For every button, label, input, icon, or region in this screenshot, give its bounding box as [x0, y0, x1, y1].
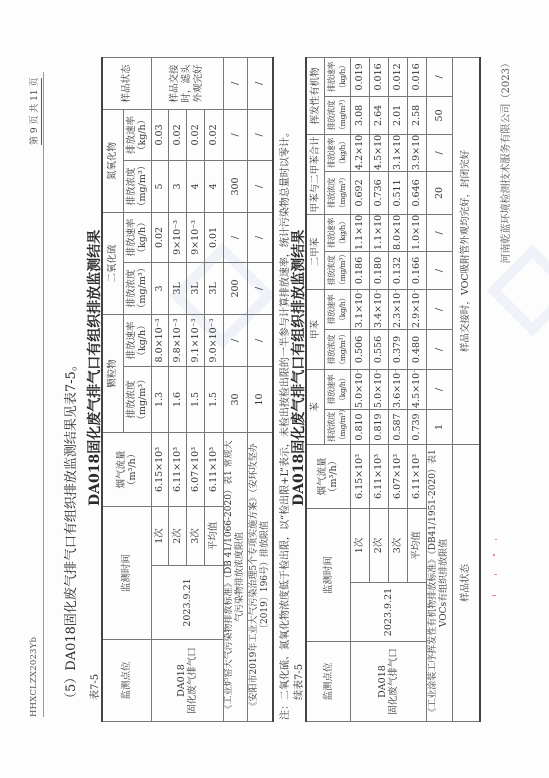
rate-header-line: 排放速率	[326, 370, 337, 409]
table2-header-row: 监测点位 监测时间 烟气流量 （m³/h） 苯 甲苯 二甲苯 甲苯与二甲苯合计 …	[306, 57, 324, 721]
flow-value: 6.15×10³	[350, 444, 369, 508]
measurement-value: 0.180	[369, 251, 388, 289]
rate-header-line: 排放速率	[126, 111, 137, 159]
standard-limit-value: 50	[426, 96, 452, 134]
measurement-value: 0.132	[388, 251, 407, 289]
pollutant-group-header: 挥发性有机物	[306, 57, 324, 134]
measurement-value: 0.819	[369, 409, 388, 444]
standard-label: 《安阳市2019年工业大气污染治理5个专项实施方案》（安环攻坚办〔2019〕19…	[247, 432, 273, 721]
rate-header-line: 排放速率	[326, 215, 337, 251]
rate-header: 排放速率（kg/h）	[324, 289, 350, 329]
measurement-value: 3	[168, 160, 186, 212]
measurement-value: 4.5×10⁻³	[369, 134, 388, 171]
report-page: HHXCLZX2023Yb 第 9 页 共 11 页 （5）DA018固化废气排…	[0, 0, 549, 778]
measurement-value: 2.3×10⁻³	[388, 289, 407, 329]
standard-limit-value: 30	[223, 366, 247, 432]
standard-status: /	[223, 57, 247, 109]
section-heading: （5）DA018固化废气排气口有组织排放监测结果见表7-5。	[60, 358, 79, 705]
monitoring-location-line: DA018	[176, 641, 187, 720]
watermark-logo	[487, 245, 549, 337]
monitoring-date: 2023.9.21	[350, 583, 426, 642]
concentration-header-line: 排放浓度	[326, 410, 337, 444]
measurement-value: 8.0×10⁻⁴	[388, 214, 407, 251]
rate-header-line: （kg/h）	[337, 370, 348, 409]
concentration-header: 排放浓度（mg/m³）	[123, 262, 151, 314]
monitoring-date: 2023.9.21	[151, 566, 223, 640]
rate-header-line: 排放速率	[126, 316, 137, 365]
measurement-value: 0.012	[388, 57, 407, 96]
concentration-header-line: （mg/m³）	[337, 410, 348, 444]
table1-header-row: 监测点位 监测时间 烟气流量 （m³/h） 颗粒物 二氧化硫 氮氧化物 样品状态	[102, 57, 123, 721]
measurement-value: 4.5×10⁻³	[407, 369, 426, 409]
concentration-header: 排放浓度（mg/m³）	[324, 96, 350, 134]
standard-limit-value: /	[247, 262, 273, 314]
sample-status-header: 样品状态	[102, 57, 151, 109]
measurement-value: 8.0×10⁻³	[151, 314, 168, 366]
measurement-value: 3.6×10⁻³	[388, 369, 407, 409]
measurement-value: 9.1×10⁻³	[186, 314, 204, 366]
measurement-value: 5.0×10⁻³	[350, 369, 369, 409]
run-label: 1次	[350, 508, 369, 582]
measurement-value: 0.736	[369, 171, 388, 214]
concentration-header-line: （mg/m³）	[137, 264, 148, 313]
measurement-value: 1.6	[168, 366, 186, 432]
measurement-value: 0.019	[350, 57, 369, 96]
measurement-value: 1.5	[204, 366, 223, 432]
concentration-header-line: 排放浓度	[126, 368, 137, 431]
rate-header-line: （kg/h）	[137, 111, 148, 159]
standard-limit-value: /	[223, 212, 247, 262]
flow-header-label: 烟气流量	[116, 434, 127, 505]
measurement-value: 0.03	[151, 109, 168, 160]
measurement-value: 0.646	[407, 171, 426, 214]
measurement-value: 1.1×10⁻³	[369, 214, 388, 251]
standard-limit-value: /	[223, 314, 247, 366]
standard-limit-value: /	[426, 289, 452, 329]
measurement-value: 0.587	[388, 409, 407, 444]
concentration-header-line: （mg/m³）	[337, 172, 348, 214]
flow-header: 烟气流量 （m³/h）	[102, 432, 151, 506]
measurement-value: 3	[151, 262, 168, 314]
measurement-value: 3.1×10⁻³	[350, 289, 369, 329]
rate-header-line: （kg/h）	[337, 215, 348, 251]
measurement-value: 4	[204, 160, 223, 212]
table2-body: DA018固化废气排气口2023.9.211次6.15×10³0.8105.0×…	[350, 57, 480, 721]
concentration-header-line: 排放浓度	[326, 330, 337, 369]
measurement-value: 0.556	[369, 329, 388, 369]
measurement-value: 0.506	[350, 329, 369, 369]
standard-limit-value: 200	[223, 262, 247, 314]
sample-status-value: 样品交接时，VOC吸附管外观均完好，封闭完好	[452, 57, 480, 444]
measurement-value: 0.166	[407, 251, 426, 289]
measurement-value: 0.810	[350, 409, 369, 444]
concentration-header-line: （mg/m³）	[337, 252, 348, 289]
measurement-value: 9×10⁻³	[168, 212, 186, 262]
standard-limit-value: /	[426, 57, 452, 96]
measurement-value: 0.016	[369, 57, 388, 96]
flow-header: 烟气流量 （m³/h）	[306, 444, 350, 508]
concentration-header: 排放浓度（mg/m³）	[123, 366, 151, 432]
footer-company: 河南乾蓝环境检测技术服务有限公司（2023）	[497, 58, 512, 263]
header-divider	[43, 72, 44, 717]
measurement-value: 3L	[168, 262, 186, 314]
run-label: 平均值	[204, 506, 223, 565]
standard-row: 《工业炉窑大气污染物排放标准》（DB 41/1066-2020）表1 常规大气污…	[223, 57, 247, 721]
flow-value: 6.11×10³	[168, 432, 186, 506]
measurement-value: 0.511	[388, 171, 407, 214]
rate-header: 排放速率（kg/h）	[123, 212, 151, 262]
rate-header-line: （kg/h）	[137, 214, 148, 261]
standard-limit-value: /	[426, 134, 452, 171]
measurement-value: 2.9×10⁻³	[407, 289, 426, 329]
concentration-header: 排放浓度（mg/m³）	[324, 251, 350, 289]
rate-header: 排放速率（kg/h）	[123, 109, 151, 160]
measurement-value: 0.379	[388, 329, 407, 369]
rate-header-line: （kg/h）	[137, 316, 148, 365]
concentration-header-line: （mg/m³）	[137, 162, 148, 211]
measurement-value: 3.4×10⁻³	[369, 289, 388, 329]
measurement-value: 0.02	[204, 109, 223, 160]
concentration-header-line: 排放浓度	[326, 252, 337, 289]
run-label: 平均值	[407, 508, 426, 582]
standard-status: /	[247, 57, 273, 109]
measurement-value: 0.02	[151, 212, 168, 262]
table-label: 表7-5	[86, 674, 101, 700]
concentration-header-line: 排放浓度	[126, 162, 137, 211]
standard-limit-value: /	[247, 212, 273, 262]
concentration-header-line: （mg/m³）	[137, 368, 148, 431]
flow-header-unit: （m³/h）	[127, 434, 138, 505]
flow-value: 6.11×10³	[407, 444, 426, 508]
standard-label: 《工业涂装工序挥发性有机物排放标准》（DB41/1951-2020）表1 VOC…	[426, 444, 452, 721]
rate-header-line: （kg/h）	[337, 58, 348, 96]
flow-value: 6.07×10³	[388, 444, 407, 508]
measurement-value: 3L	[204, 262, 223, 314]
concentration-header: 排放浓度（mg/m³）	[324, 329, 350, 369]
standard-limit-value: /	[247, 109, 273, 160]
emission-results-table: 监测点位 监测时间 烟气流量 （m³/h） 颗粒物 二氧化硫 氮氧化物 样品状态…	[101, 57, 274, 722]
time-header: 监测时间	[102, 506, 151, 639]
measurement-value: 2.58	[407, 96, 426, 134]
monitoring-location-line: 固化废气排气口	[388, 643, 399, 720]
monitoring-location-line: DA018	[377, 643, 388, 720]
rate-header: 排放速率（kg/h）	[324, 57, 350, 96]
rate-header-line: 排放速率	[326, 290, 337, 329]
table-row: DA018固化废气排气口2023.9.211次6.15×10³0.8105.0×…	[350, 57, 369, 721]
standard-limit-value: /	[426, 369, 452, 409]
standard-row: 《安阳市2019年工业大气污染治理5个专项实施方案》（安环攻坚办〔2019〕19…	[247, 57, 273, 721]
concentration-header: 排放浓度（mg/m³）	[324, 409, 350, 444]
seal-fragment	[492, 595, 496, 596]
standard-limit-value: 10	[247, 366, 273, 432]
measurement-value: 3.08	[350, 96, 369, 134]
sample-status-value: 样品交接时，滤头外观完好	[151, 57, 223, 109]
standard-limit-value: /	[247, 160, 273, 212]
measurement-value: 3.9×10⁻³	[407, 134, 426, 171]
rate-header-line: 排放速率	[326, 135, 337, 171]
measurement-value: 1.3	[151, 366, 168, 432]
standard-limit-value: /	[426, 329, 452, 369]
seal-fragment	[493, 554, 495, 556]
rate-header: 排放速率（kg/h）	[123, 314, 151, 366]
measurement-value: 1.5	[186, 366, 204, 432]
sample-status-row: 样品状态样品交接时，VOC吸附管外观均完好，封闭完好	[452, 57, 480, 721]
measurement-value: 2.64	[369, 96, 388, 134]
pollutant-group-header: 二甲苯	[306, 214, 324, 289]
measurement-value: 4	[186, 160, 204, 212]
measurement-value: 2.01	[388, 96, 407, 134]
rate-header-line: （kg/h）	[337, 290, 348, 329]
run-label: 1次	[151, 506, 168, 565]
run-label: 2次	[369, 508, 388, 582]
measurement-value: 0.01	[204, 212, 223, 262]
run-label: 3次	[388, 508, 407, 582]
pollutant-group-header: 二氧化硫	[102, 212, 123, 314]
measurement-value: 4.2×10⁻³	[350, 134, 369, 171]
concentration-header-line: 排放浓度	[326, 172, 337, 214]
standard-limit-value: 20	[426, 171, 452, 214]
pollutant-group-header: 氮氧化物	[102, 109, 123, 212]
concentration-header-line: 排放浓度	[326, 97, 337, 134]
standard-limit-value: 1	[426, 409, 452, 444]
standard-limit-value: 300	[223, 160, 247, 212]
measurement-value: 0.480	[407, 329, 426, 369]
run-label: 3次	[186, 506, 204, 565]
standard-limit-value: /	[426, 251, 452, 289]
rate-header: 排放速率（kg/h）	[324, 134, 350, 171]
table-label: 续表7-5	[290, 664, 305, 700]
standard-limit-value: /	[223, 109, 247, 160]
measurement-value: 9×10⁻³	[186, 212, 204, 262]
time-header: 监测时间	[306, 508, 350, 641]
standard-row: 《工业涂装工序挥发性有机物排放标准》（DB41/1951-2020）表1 VOC…	[426, 57, 452, 721]
pollutant-group-header: 甲苯	[306, 289, 324, 369]
measurement-value: 0.739	[407, 409, 426, 444]
measurement-value: 3L	[186, 262, 204, 314]
measurement-value: 9.0×10⁻³	[204, 314, 223, 366]
rate-header: 排放速率（kg/h）	[324, 369, 350, 409]
table-row: DA018固化废气排气口2023.9.211次6.15×10³1.38.0×10…	[151, 57, 168, 721]
rate-header-line: 排放速率	[326, 58, 337, 96]
concentration-header-line: （mg/m³）	[337, 97, 348, 134]
concentration-header-line: （mg/m³）	[337, 330, 348, 369]
monitoring-location-line: 固化废气排气口	[187, 641, 198, 720]
measurement-value: 1.1×10⁻³	[350, 214, 369, 251]
standard-label: 《工业炉窑大气污染物排放标准》（DB 41/1066-2020）表1 常规大气污…	[223, 432, 247, 721]
pollutant-group-header: 甲苯与二甲苯合计	[306, 134, 324, 214]
measurement-value: 0.02	[186, 109, 204, 160]
seal-fragment	[494, 574, 497, 575]
location-header: 监测点位	[102, 640, 151, 722]
standard-limit-value: /	[247, 314, 273, 366]
measurement-value: 0.02	[168, 109, 186, 160]
flow-value: 6.11×10³	[204, 432, 223, 506]
rate-header-line: （kg/h）	[337, 135, 348, 171]
monitoring-location: DA018固化废气排气口	[350, 642, 426, 722]
seal-fragment	[495, 539, 497, 540]
measurement-value: 0.186	[350, 251, 369, 289]
table1-body: DA018固化废气排气口2023.9.211次6.15×10³1.38.0×10…	[151, 57, 273, 721]
flow-header-label: 烟气流量	[317, 446, 328, 507]
measurement-value: 0.692	[350, 171, 369, 214]
measurement-value: 5	[151, 160, 168, 212]
pollutant-group-header: 苯	[306, 369, 324, 444]
measurement-value: 1.0×10⁻³	[407, 214, 426, 251]
concentration-header: 排放浓度（mg/m³）	[123, 160, 151, 212]
measurement-value: 9.8×10⁻³	[168, 314, 186, 366]
rate-header-line: 排放速率	[126, 214, 137, 261]
location-header: 监测点位	[306, 642, 350, 722]
page-number: 第 9 页 共 11 页	[30, 78, 42, 145]
emission-results-table-continued: 监测点位 监测时间 烟气流量 （m³/h） 苯 甲苯 二甲苯 甲苯与二甲苯合计 …	[305, 57, 481, 722]
report-code: HHXCLZX2023Yb	[29, 637, 39, 717]
flow-value: 6.07×10³	[186, 432, 204, 506]
run-label: 2次	[168, 506, 186, 565]
flow-value: 6.15×10³	[151, 432, 168, 506]
measurement-value: 3.1×10⁻⁴	[388, 134, 407, 171]
monitoring-location: DA018固化废气排气口	[151, 640, 223, 722]
sample-status-label: 样品状态	[452, 444, 480, 721]
concentration-header-line: 排放浓度	[126, 264, 137, 313]
concentration-header: 排放浓度（mg/m³）	[324, 171, 350, 214]
pollutant-group-header: 颗粒物	[102, 314, 123, 432]
flow-value: 6.11×10³	[369, 444, 388, 508]
flow-header-unit: （m³/h）	[328, 446, 339, 507]
standard-limit-value: /	[426, 214, 452, 251]
measurement-value: 5.0×10⁻³	[369, 369, 388, 409]
rate-header: 排放速率（kg/h）	[324, 214, 350, 251]
measurement-value: 0.016	[407, 57, 426, 96]
